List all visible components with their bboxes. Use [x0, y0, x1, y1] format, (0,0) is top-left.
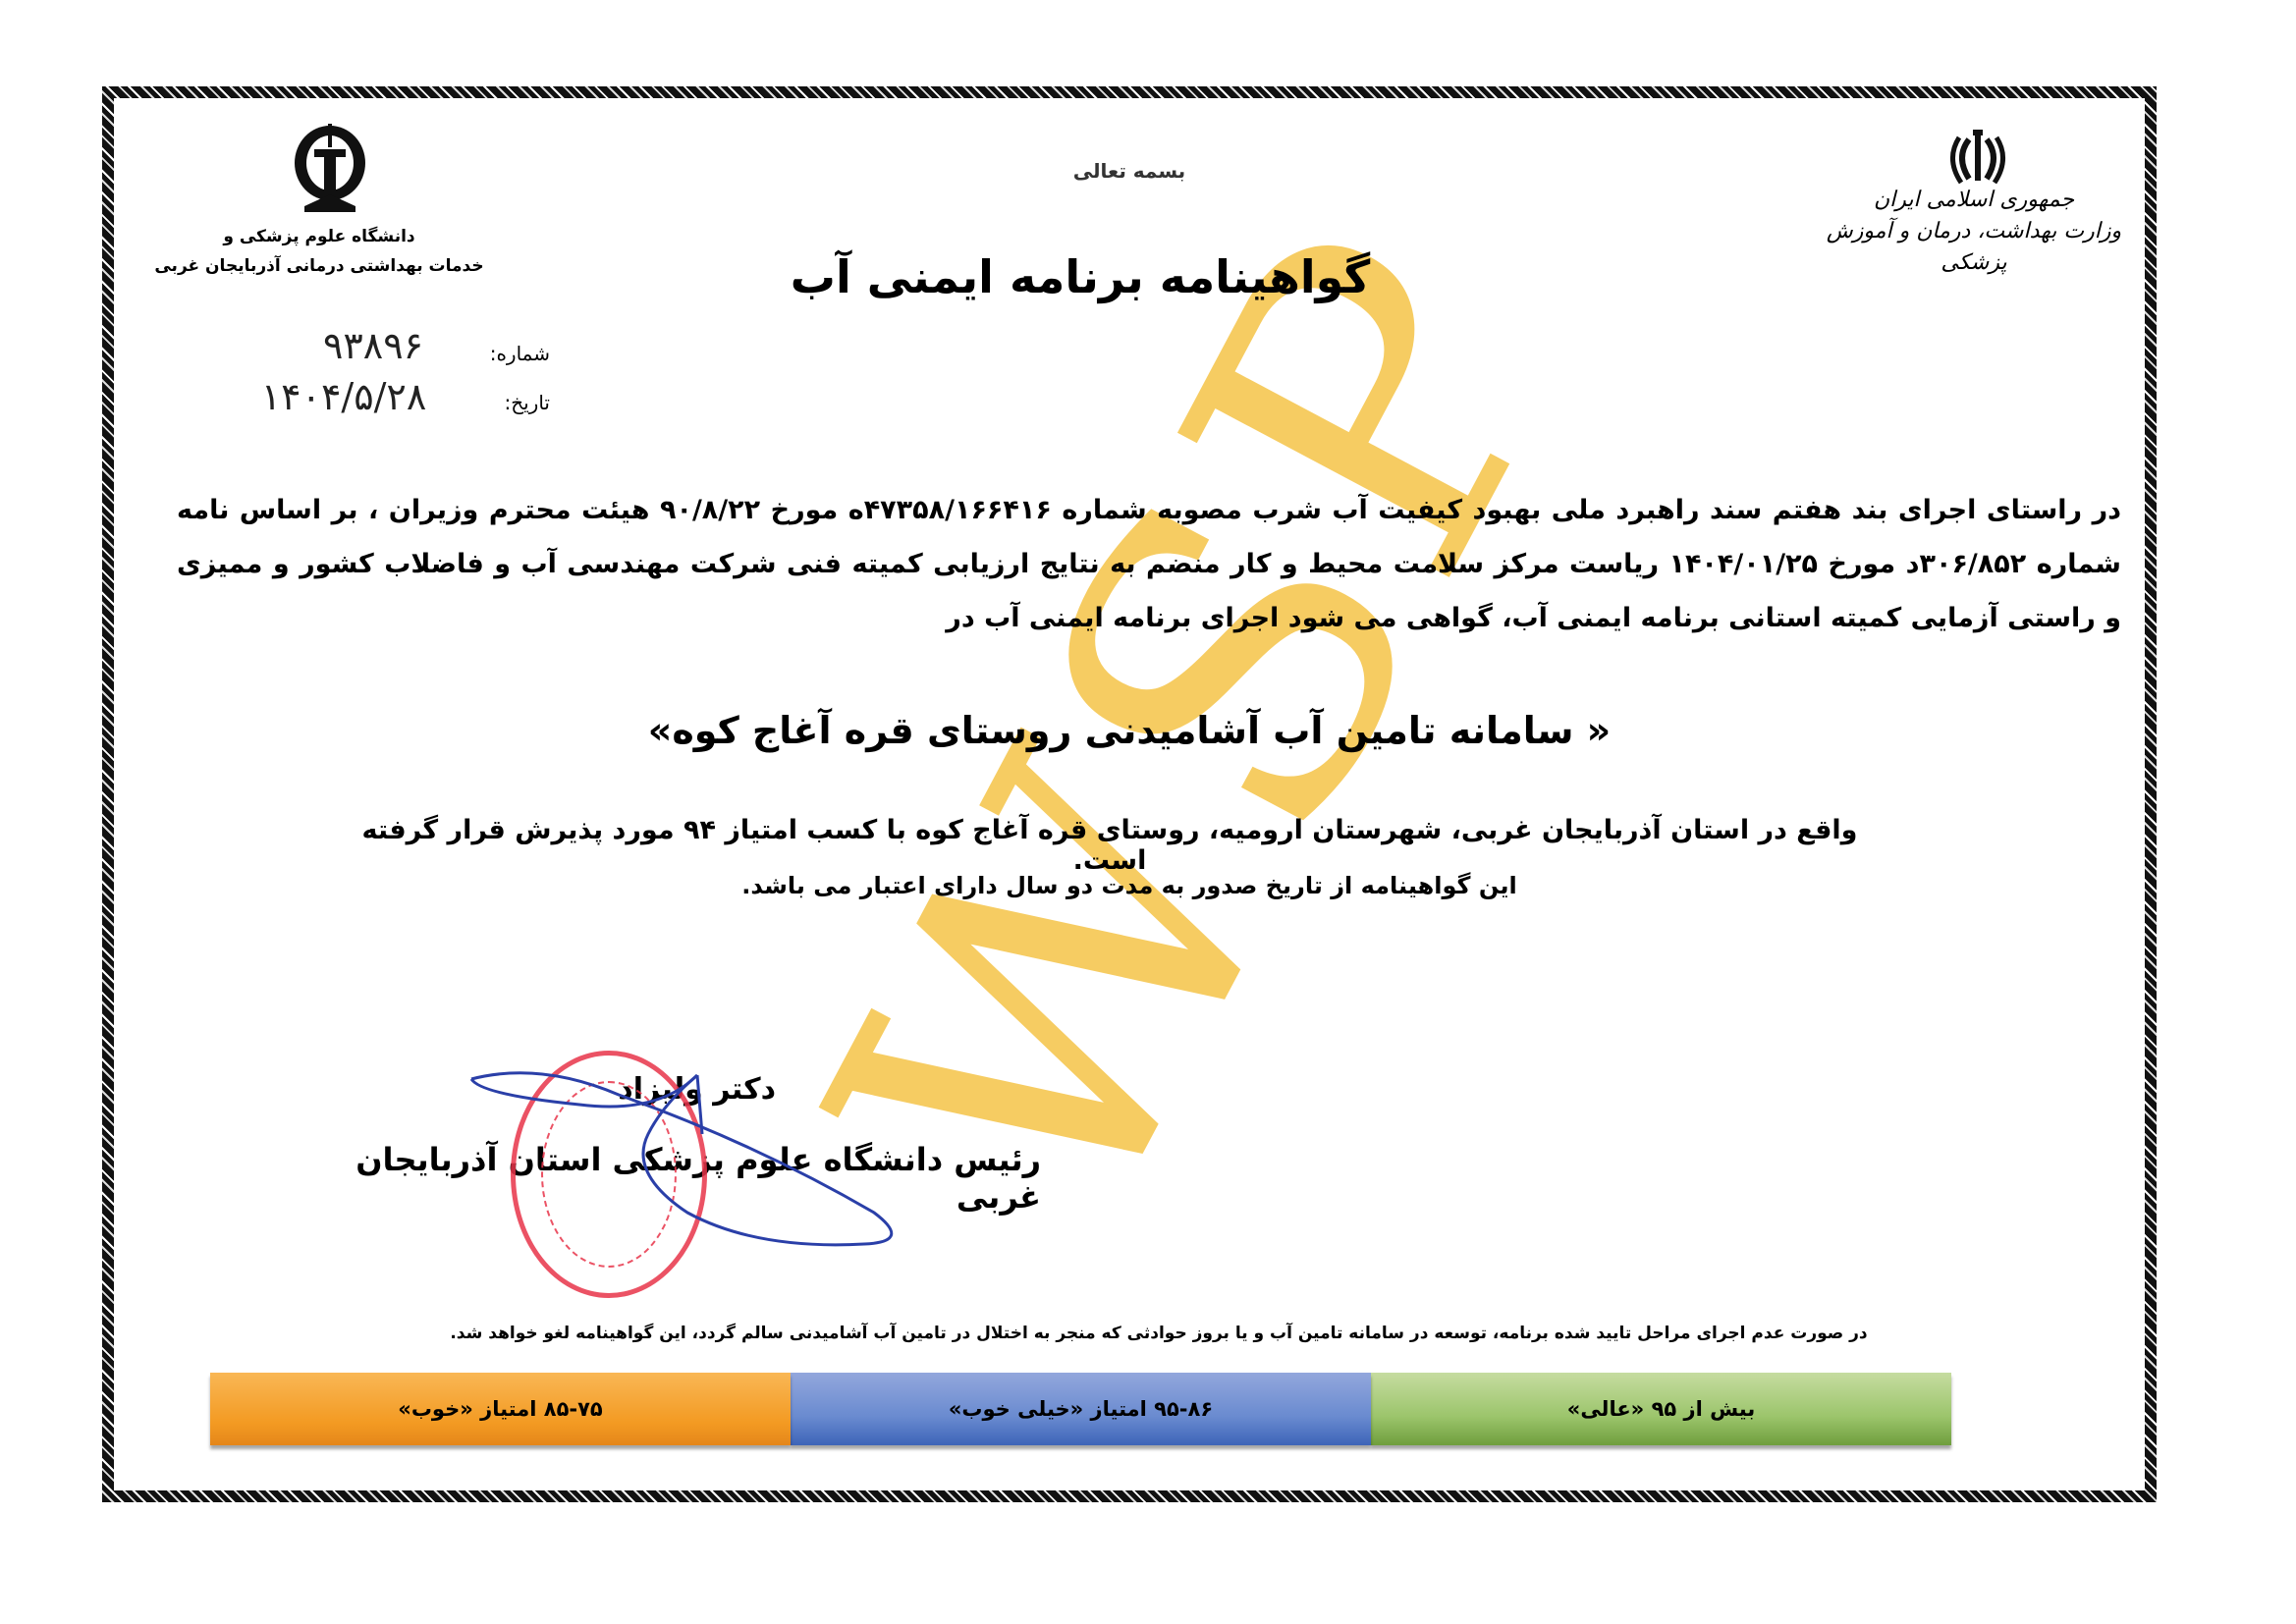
number-value: ۹۳۸۹۶ — [275, 324, 471, 367]
ministry-name-line1: جمهوری اسلامی ایران — [1822, 185, 2126, 216]
legend-excellent: بیش از ۹۵ «عالی» — [1371, 1373, 1951, 1445]
date-value: ۱۴۰۴/۵/۲۸ — [221, 375, 466, 418]
stamp-inner-ring — [541, 1081, 677, 1268]
number-label: شماره: — [481, 342, 550, 365]
ministry-name: جمهوری اسلامی ایران وزارت بهداشت، درمان … — [1822, 185, 2126, 279]
validity-statement: این گواهینامه از تاریخ صدور به مدت دو سا… — [491, 872, 1768, 899]
body-paragraph: در راستای اجرای بند هفتم سند راهبرد ملی … — [177, 483, 2121, 645]
university-name-line1: دانشگاه علوم پزشکی و — [147, 222, 491, 251]
subject-heading: « سامانه تامین آب آشامیدنی روستای قره آغ… — [589, 709, 1669, 752]
legend-very-good: ۹۵-۸۶ امتیاز «خیلی خوب» — [791, 1373, 1371, 1445]
score-legend: ۸۵-۷۵ امتیاز «خوب» ۹۵-۸۶ امتیاز «خیلی خو… — [210, 1373, 1951, 1445]
legend-good: ۸۵-۷۵ امتیاز «خوب» — [210, 1373, 791, 1445]
official-stamp — [511, 1051, 707, 1298]
university-name-line2: خدمات بهداشتی درمانی آذربایجان غربی — [147, 251, 491, 281]
ministry-name-line2: وزارت بهداشت، درمان و آموزش پزشکی — [1822, 216, 2126, 279]
bismillah: بسمه تعالی — [1031, 159, 1228, 183]
certificate-title: گواهینامه برنامه ایمنی آب — [756, 250, 1404, 303]
date-label: تاریخ: — [481, 391, 550, 414]
revocation-footnote: در صورت عدم اجرای مراحل تایید شده برنامه… — [393, 1324, 1925, 1343]
university-name: دانشگاه علوم پزشکی و خدمات بهداشتی درمان… — [147, 222, 491, 281]
university-emblem-icon — [285, 120, 375, 214]
iran-emblem-icon — [1947, 128, 2008, 187]
location-statement: واقع در استان آذربایجان غربی، شهرستان ار… — [334, 815, 1886, 876]
